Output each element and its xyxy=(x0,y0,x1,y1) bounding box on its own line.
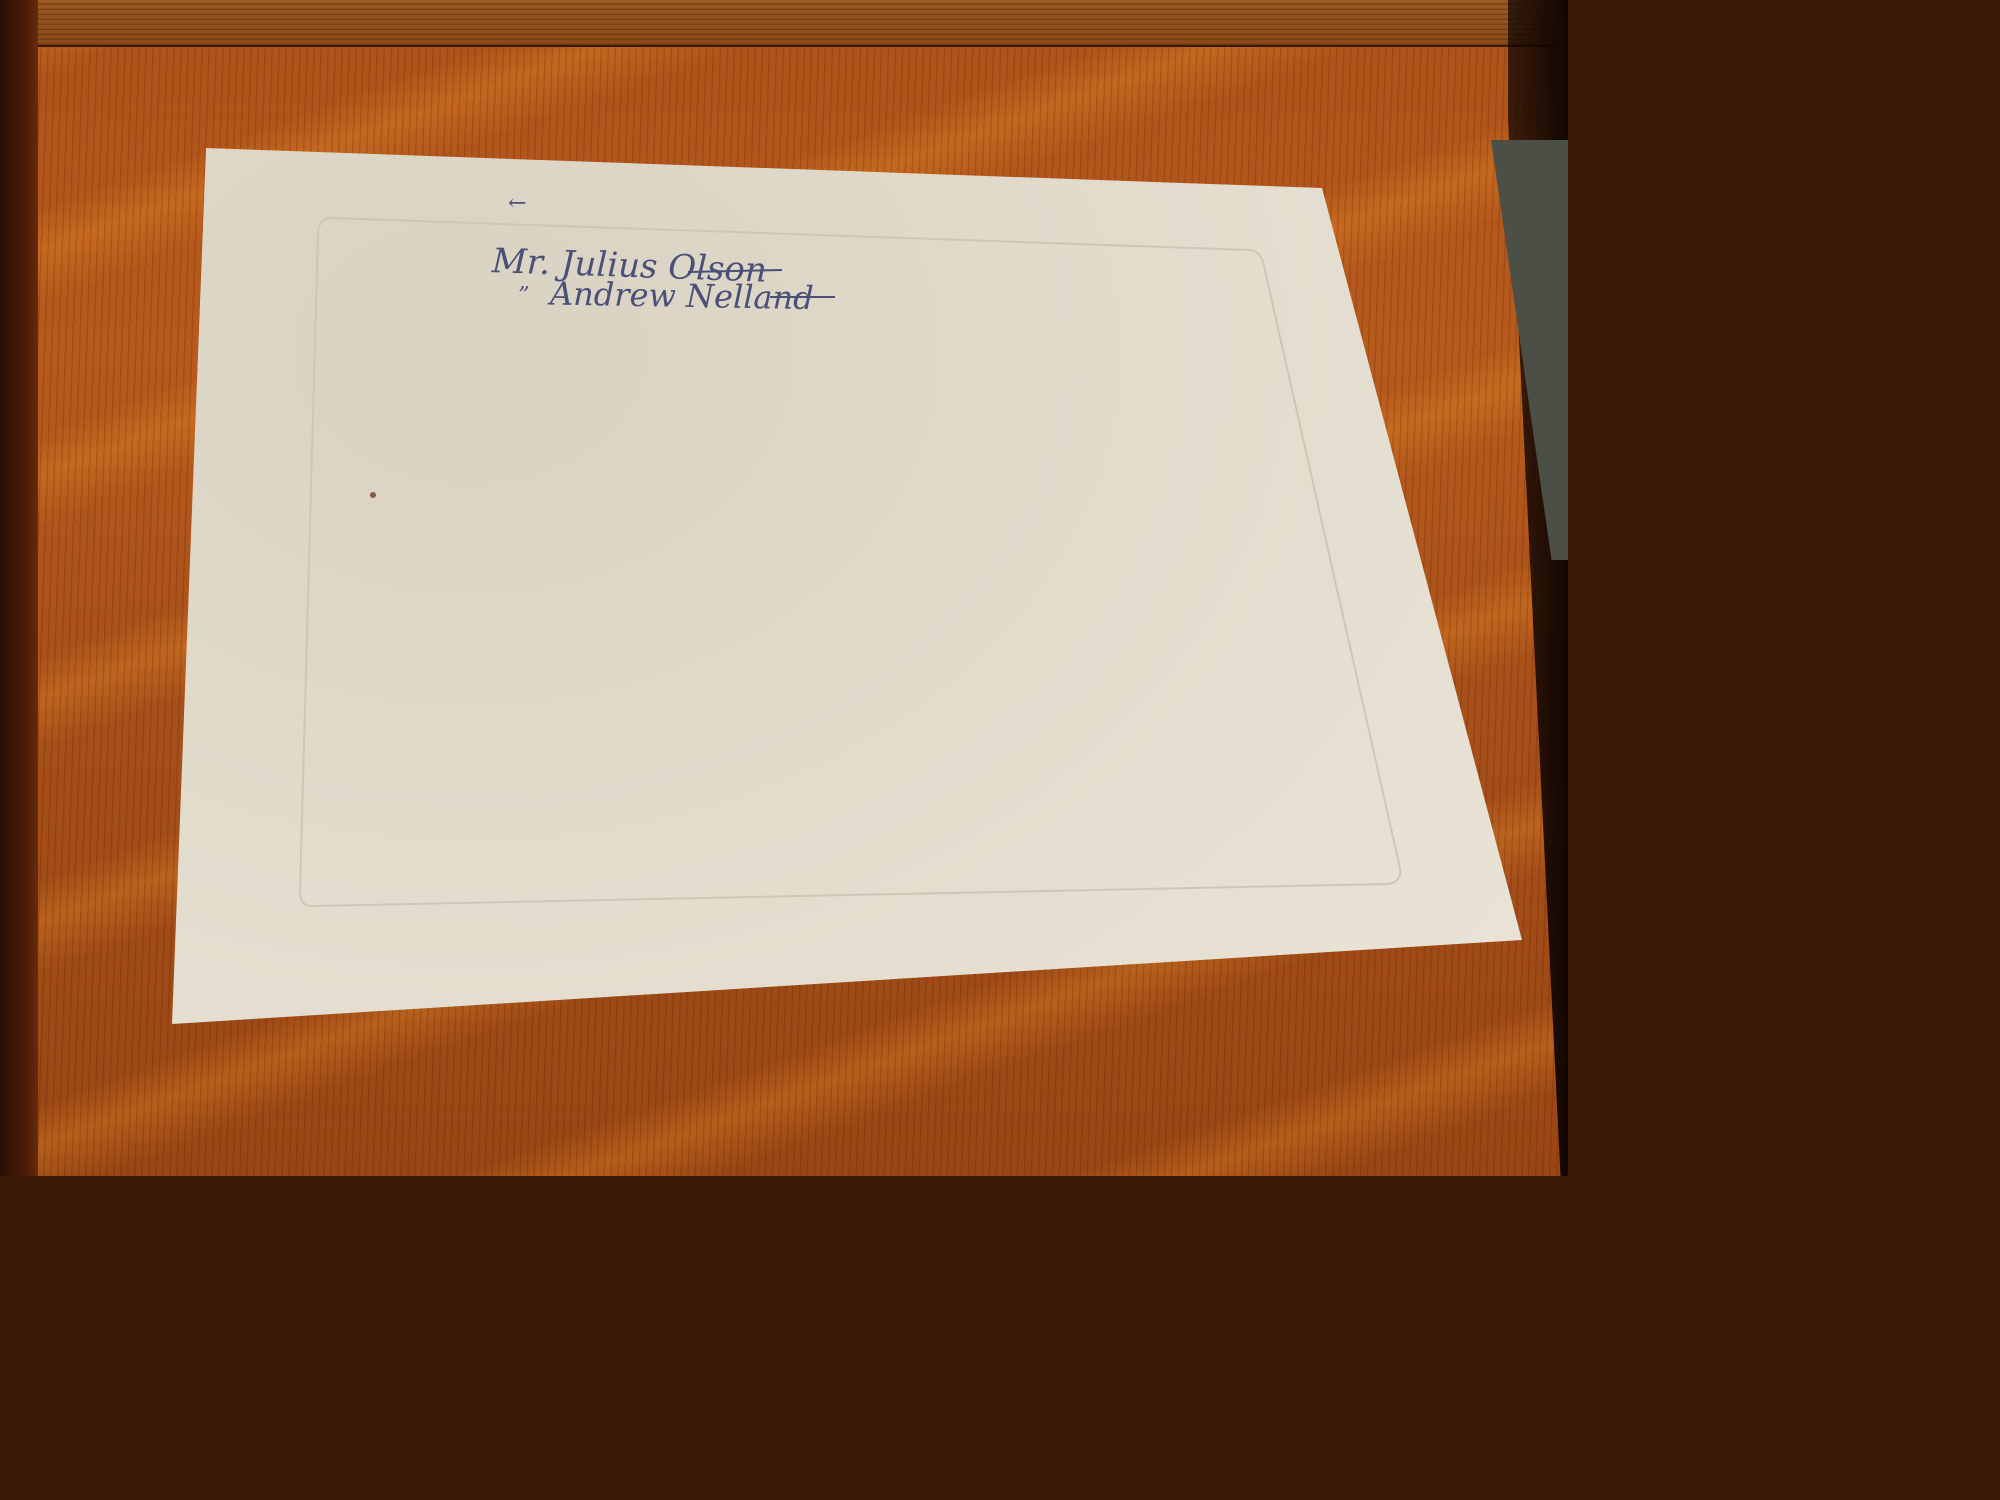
photo-scene: ← Mr. Julius Olson ” Andrew Nelland xyxy=(0,0,1568,1176)
handwritten-note: ← Mr. Julius Olson ” Andrew Nelland xyxy=(0,0,1568,1176)
ditto-mark: ” xyxy=(518,283,530,308)
foxing-spot xyxy=(370,492,376,498)
handwritten-line-2: Andrew Nelland xyxy=(547,274,814,317)
handwritten-arrow: ← xyxy=(508,191,526,216)
